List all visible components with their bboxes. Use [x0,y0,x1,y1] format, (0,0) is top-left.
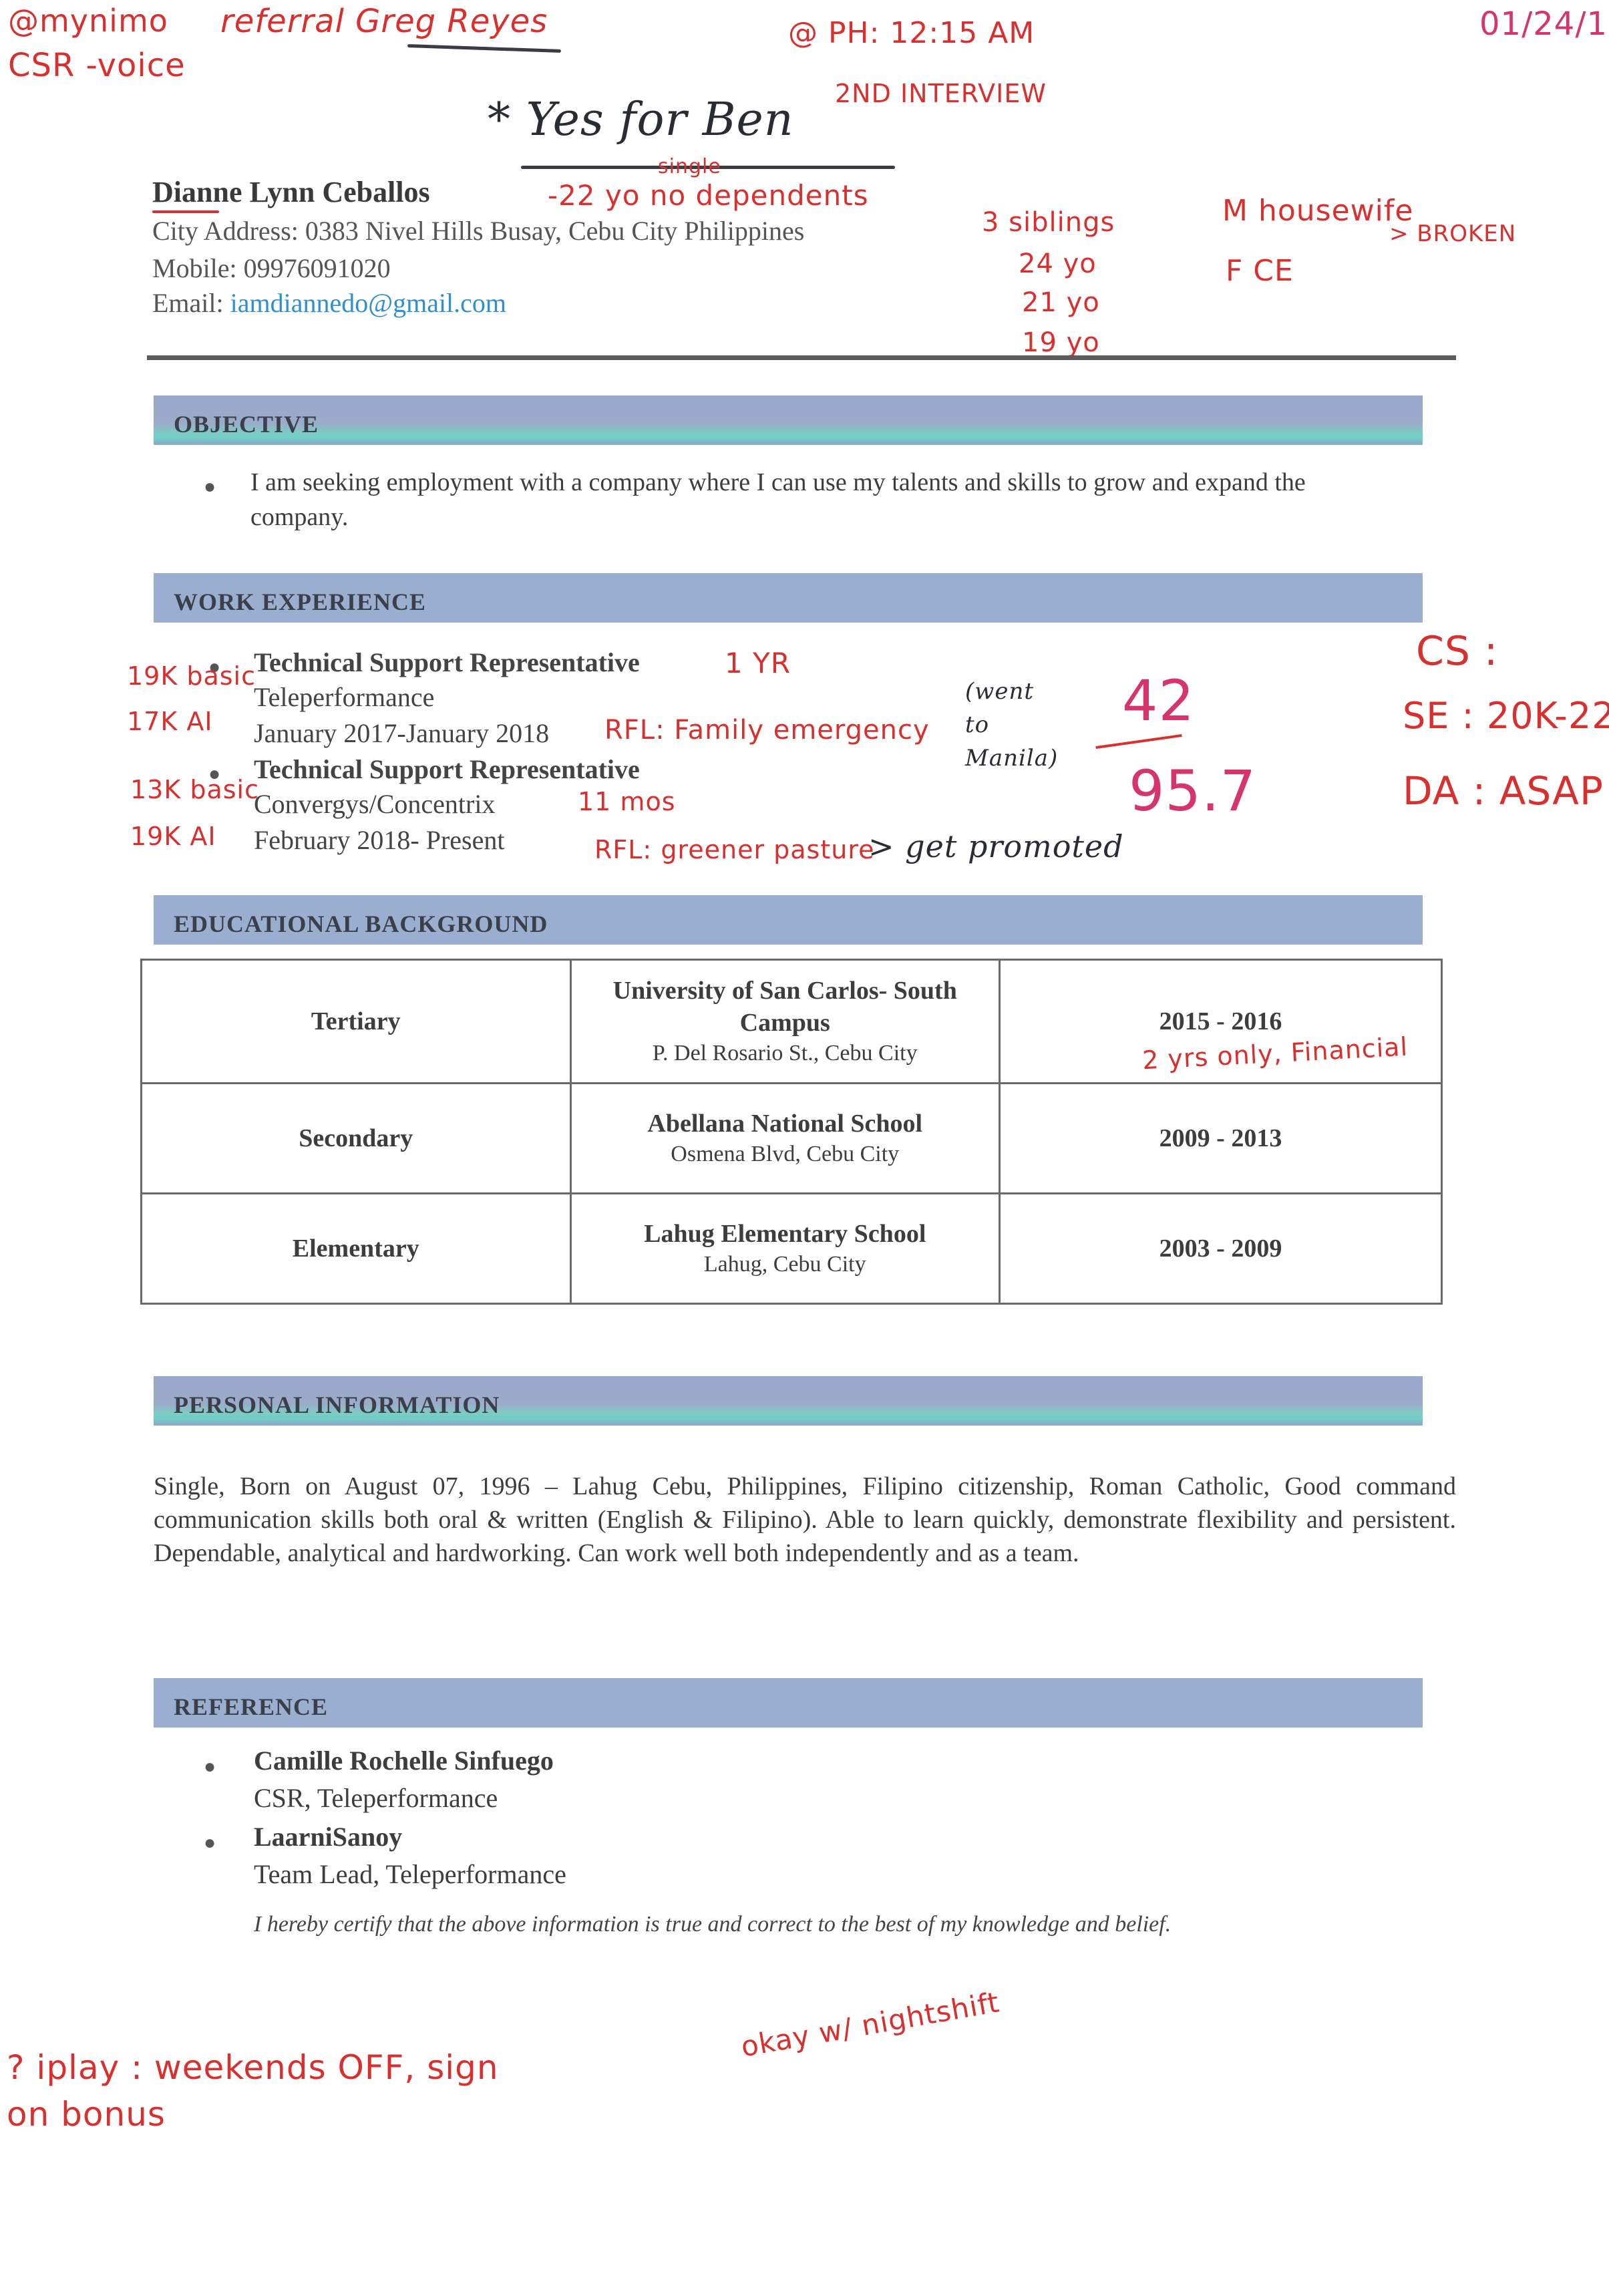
email-link[interactable]: iamdiannedo@gmail.com [230,288,506,318]
school-name: University of San Carlos- South Campus [572,975,999,1039]
education-school: University of San Carlos- South Campus P… [570,960,1000,1084]
annotation-sibling-age: 21 yo [1022,287,1100,318]
mobile-number: Mobile: 09976091020 [152,253,391,284]
education-level: Tertiary [142,960,571,1084]
annotation-sibling-age: 24 yo [1019,249,1097,279]
bullet-icon: ● [204,1832,216,1854]
annotation-job2-reason: RFL: greener pasture [594,835,875,864]
annotation-referral: referral Greg Reyes [220,3,548,40]
job-company: Convergys/Concentrix [254,788,495,820]
education-school: Lahug Elementary School Lahug, Cebu City [570,1194,1000,1304]
email-line: Email: iamdiannedo@gmail.com [152,287,506,319]
table-row: Secondary Abellana National School Osmen… [142,1084,1442,1194]
annotation-job1-basic: 19K basic [127,661,256,691]
bullet-icon: ● [204,476,216,498]
candidate-name: Dianne Lynn Ceballos [152,175,430,209]
education-level: Elementary [142,1194,571,1304]
annotation-siblings-count: 3 siblings [982,207,1115,238]
table-row: Elementary Lahug Elementary School Lahug… [142,1194,1442,1304]
annotation-job1-reason: RFL: Family emergency [604,715,930,746]
annotation-nightshift: okay w/ nightshift [739,1985,1002,2063]
header-divider [147,355,1456,360]
reference-name: Camille Rochelle Sinfuego [254,1745,554,1776]
annotation-verdict: * Yes for Ben [488,94,794,146]
job-dates: February 2018- Present [254,824,504,856]
annotation-age-dependents: -22 yo no dependents [548,179,869,212]
name-underline-annotation [152,210,219,213]
score-divider [1095,734,1182,749]
bullet-icon: ● [204,1756,216,1778]
section-header-reference: REFERENCE [154,1678,1423,1728]
annotation-job2-note: > get promoted [868,828,1124,864]
annotation-se: SE : 20K-22K [1403,695,1609,737]
annotation-position: CSR -voice [8,47,186,84]
annotation-job1-allin: 17K AI [127,707,213,736]
annotation-cs: CS : [1416,628,1498,675]
objective-text: I am seeking employment with a company w… [250,465,1393,534]
annotation-job2-allin: 19K AI [130,822,216,851]
section-title: PERSONAL INFORMATION [174,1391,500,1419]
annotation-score-top: 42 [1122,668,1195,733]
job-dates: January 2017-January 2018 [254,717,549,749]
education-years: 2003 - 2009 [1000,1194,1442,1304]
city-address: City Address: 0383 Nivel Hills Busay, Ce… [152,215,804,247]
school-name: Lahug Elementary School [572,1218,999,1250]
annotation-father: F CE [1226,254,1294,288]
annotation-time: @ PH: 12:15 AM [788,16,1035,50]
annotation-sibling-age: 19 yo [1022,327,1100,358]
annotation-job2-basic: 13K basic [130,775,259,804]
education-level: Secondary [142,1084,571,1194]
annotation-da: DA : ASAP [1403,768,1604,814]
section-title: WORK EXPERIENCE [174,588,426,616]
annotation-source: @mynimo [8,3,168,39]
school-name: Abellana National School [572,1108,999,1140]
school-address: Osmena Blvd, Cebu City [572,1140,999,1169]
referral-underline [407,44,561,53]
section-header-work-experience: WORK EXPERIENCE [154,573,1423,623]
section-title: REFERENCE [174,1693,328,1721]
school-address: Lahug, Cebu City [572,1250,999,1279]
reference-role: Team Lead, Teleperformance [254,1858,566,1890]
section-header-education: EDUCATIONAL BACKGROUND [154,895,1423,945]
section-header-objective: OBJECTIVE [154,395,1423,445]
certification-statement: I hereby certify that the above informat… [254,1912,1171,1937]
school-address: P. Del Rosario St., Cebu City [572,1039,999,1068]
annotation-single: single [658,155,721,178]
section-header-personal-info: PERSONAL INFORMATION [154,1376,1423,1426]
education-years: 2009 - 2013 [1000,1084,1442,1194]
reference-name: LaarniSanoy [254,1821,402,1852]
annotation-job2-tenure: 11 mos [578,787,676,816]
annotation-date: 01/24/19 [1479,5,1609,43]
annotation-family-status: > BROKEN [1389,220,1516,247]
section-title: OBJECTIVE [174,410,319,438]
job-title: Technical Support Representative [254,754,640,785]
annotation-mother: M housewife [1222,194,1413,228]
annotation-job1-note: (went to Manila) [965,675,1052,775]
annotation-job1-tenure: 1 YR [725,647,791,679]
section-title: EDUCATIONAL BACKGROUND [174,910,548,938]
education-table: Tertiary University of San Carlos- South… [140,959,1443,1305]
job-company: Teleperformance [254,681,434,713]
email-label: Email: [152,288,230,318]
annotation-score-bottom: 95.7 [1129,758,1256,824]
education-school: Abellana National School Osmena Blvd, Ce… [570,1084,1000,1194]
annotation-second-interview: 2ND INTERVIEW [835,79,1047,108]
reference-role: CSR, Teleperformance [254,1782,498,1814]
personal-info-text: Single, Born on August 07, 1996 – Lahug … [154,1470,1456,1570]
annotation-iplay: ? iplay : weekends OFF, sign on bonus [7,2044,514,2138]
job-title: Technical Support Representative [254,647,640,678]
